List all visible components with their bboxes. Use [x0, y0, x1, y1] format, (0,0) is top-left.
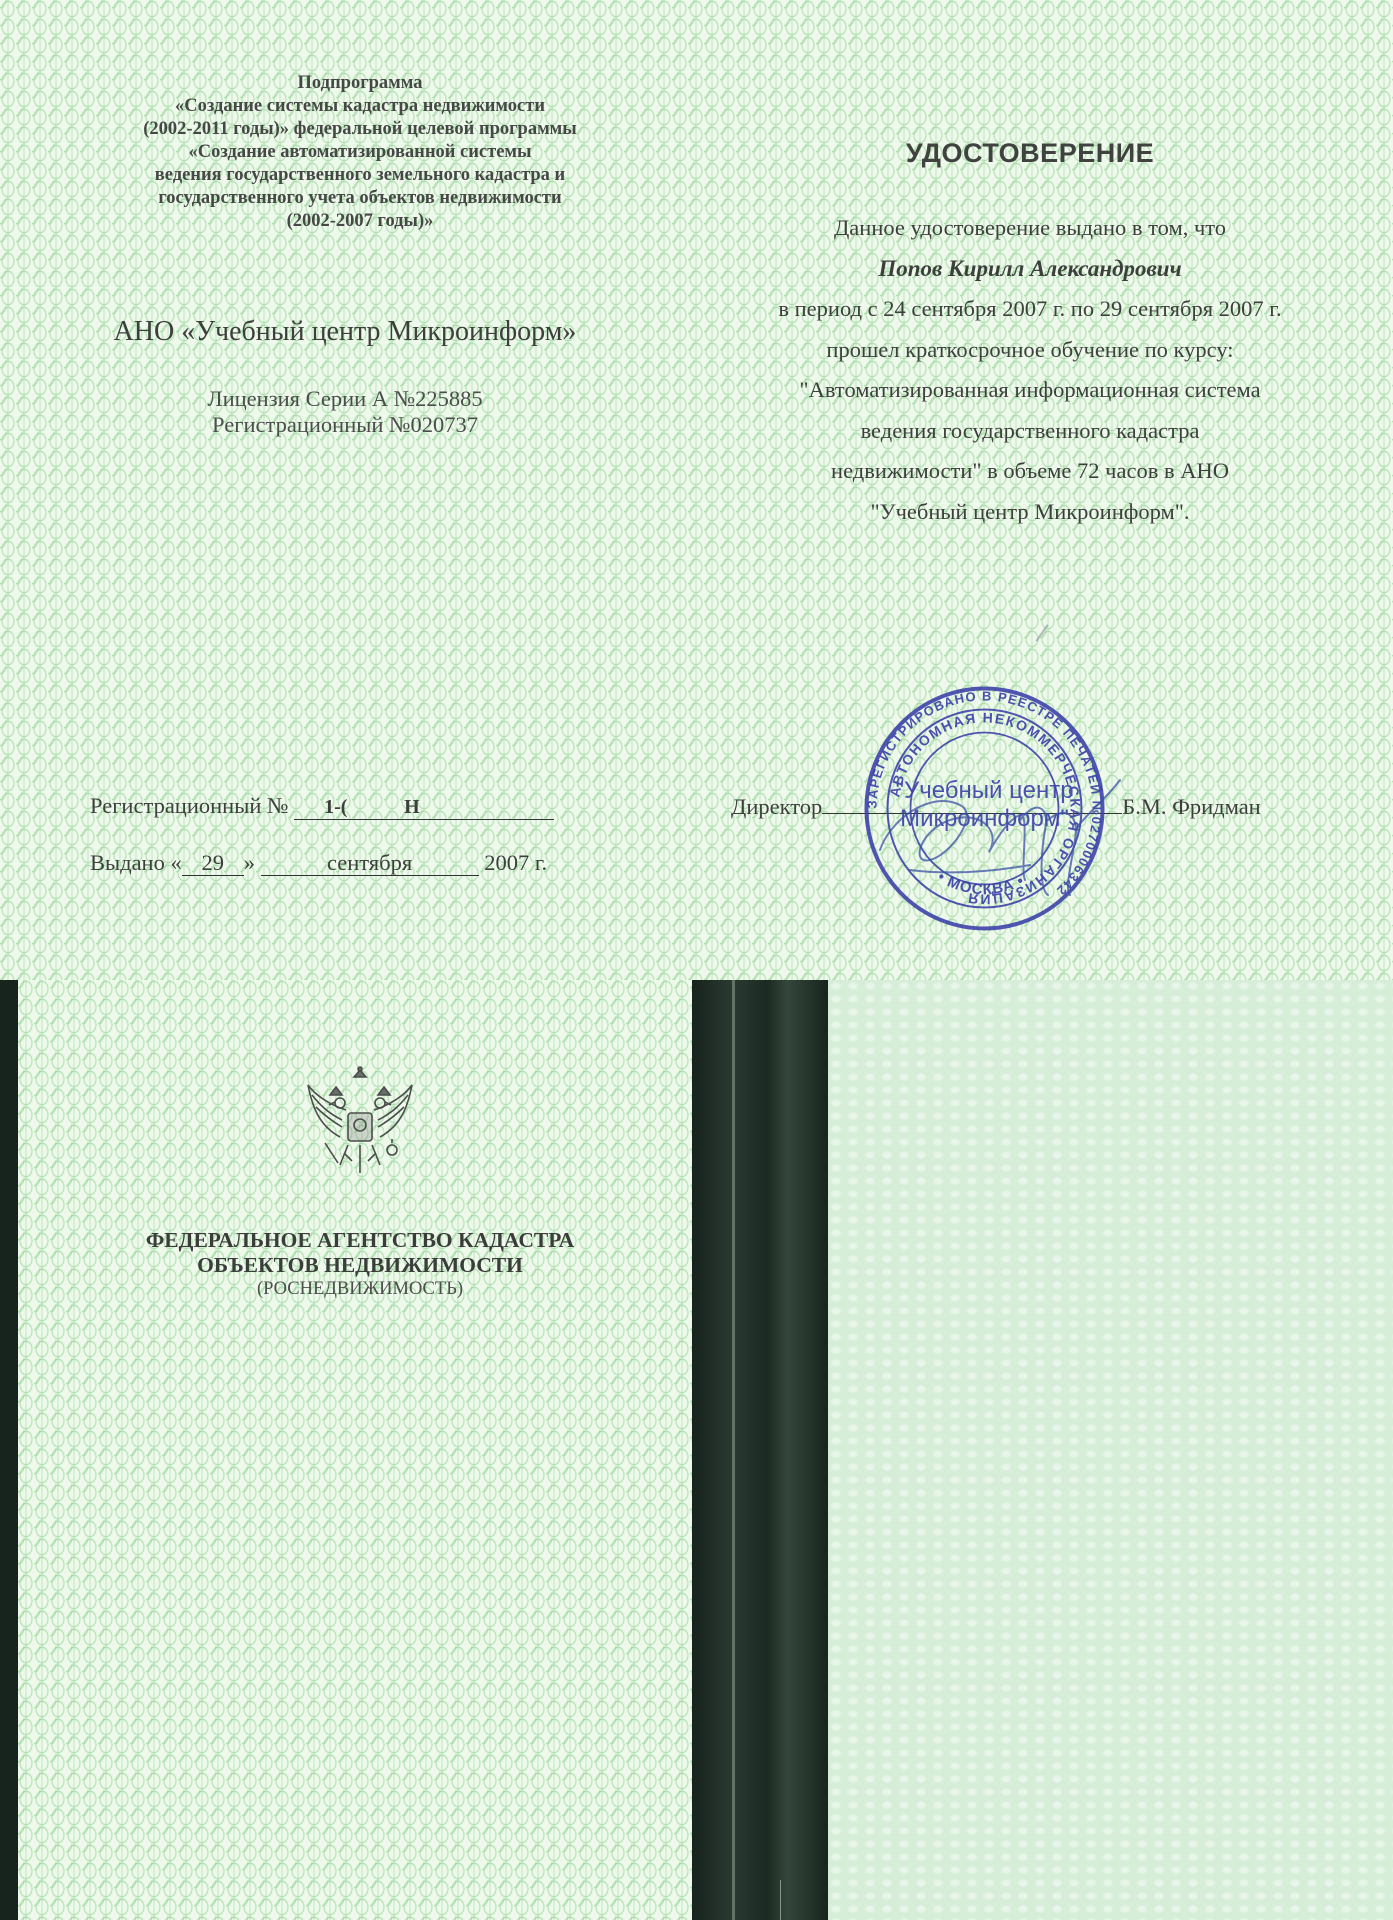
spine-crease: [732, 980, 735, 1920]
program-line: (2002-2011 годы)» федеральной целевой пр…: [90, 118, 630, 141]
reg-number-label: Регистрационный №: [90, 793, 288, 818]
body-line: прошел краткосрочное обучение по курсу:: [700, 330, 1360, 371]
agency-name-line1: ФЕДЕРАЛЬНОЕ АГЕНТСТВО КАДАСТРА: [90, 1228, 630, 1253]
issued-date-row: Выдано «29» сентября 2007 г.: [90, 850, 547, 876]
cover-spine: [692, 980, 828, 1920]
registration-number: Регистрационный №020737: [60, 412, 630, 438]
certificate-reg-number-row: Регистрационный № 1-(Н: [90, 793, 554, 820]
issued-year: 2007 г.: [484, 850, 547, 875]
issued-month: сентября: [261, 851, 479, 876]
course-name: ведения государственного кадастра: [700, 411, 1360, 452]
agency-name-block: ФЕДЕРАЛЬНОЕ АГЕНТСТВО КАДАСТРА ОБЪЕКТОВ …: [90, 1228, 630, 1300]
training-period: в период с 24 сентября 2007 г. по 29 сен…: [700, 289, 1360, 330]
license-number: Лицензия Серии А №225885: [60, 386, 630, 412]
program-line: Подпрограмма: [90, 72, 630, 95]
holder-name: Попов Кирилл Александрович: [700, 249, 1360, 290]
director-name: Б.М. Фридман: [1122, 794, 1260, 819]
director-label: Директор: [731, 794, 822, 819]
training-center: "Учебный центр Микроинформ".: [700, 492, 1360, 533]
program-line: (2002-2007 годы)»: [90, 210, 630, 233]
body-line: Данное удостоверение выдано в том, что: [700, 208, 1360, 249]
certificate-body: Данное удостоверение выдано в том, что П…: [700, 208, 1360, 532]
organization-name: АНО «Учебный центр Микроинформ»: [60, 316, 630, 348]
agency-abbreviation: (РОСНЕДВИЖИМОСТЬ): [90, 1278, 630, 1300]
issued-close-quote: »: [244, 850, 255, 875]
director-signature-icon: [870, 760, 1130, 900]
coat-of-arms-icon: [300, 1065, 420, 1185]
course-hours: недвижимости" в объеме 72 часов в АНО: [700, 451, 1360, 492]
agency-name-line2: ОБЪЕКТОВ НЕДВИЖИМОСТИ: [90, 1253, 630, 1278]
issued-day: 29: [182, 851, 244, 876]
program-line: государственного учета объектов недвижим…: [90, 187, 630, 210]
program-line: ведения государственного земельного када…: [90, 164, 630, 187]
certificate-title: УДОСТОВЕРЕНИЕ: [720, 138, 1340, 169]
course-name: "Автоматизированная информационная систе…: [700, 370, 1360, 411]
program-line: «Создание системы кадастра недвижимости: [90, 95, 630, 118]
inside-back-cover: [828, 980, 1393, 1920]
reg-number-suffix: Н: [394, 795, 554, 820]
program-title-block: Подпрограмма «Создание системы кадастра …: [90, 72, 630, 233]
reg-number-value: 1-(: [294, 795, 394, 820]
license-block: Лицензия Серии А №225885 Регистрационный…: [60, 386, 630, 438]
issued-label: Выдано «: [90, 850, 182, 875]
cover-binding-left: [0, 980, 18, 1920]
spine-crease: [780, 1880, 781, 1920]
program-line: «Создание автоматизированной системы: [90, 141, 630, 164]
